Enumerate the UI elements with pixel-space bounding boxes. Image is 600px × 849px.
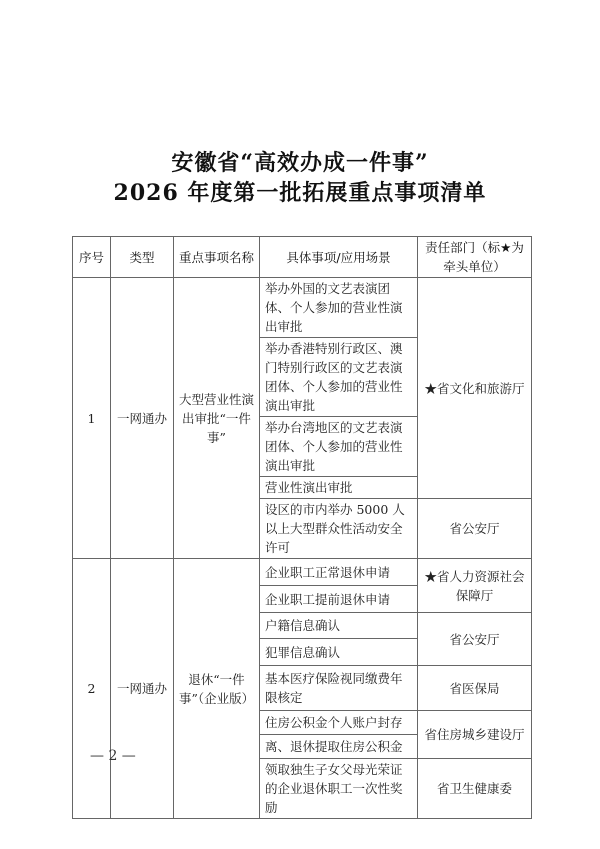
dept-cell: 省公安厅 (418, 499, 532, 559)
item-cell: 举办外国的文艺表演团体、个人参加的营业性演出审批 (260, 278, 418, 338)
item-cell: 基本医疗保险视同缴费年限核定 (260, 666, 418, 711)
row-name: 大型营业性演出审批“一件事” (174, 278, 260, 559)
item-cell: 离、退休提取住房公积金 (260, 735, 418, 759)
header-dept: 责任部门（标★为牵头单位） (418, 237, 532, 278)
row-type: 一网通办 (111, 278, 174, 559)
document-title-line2: 2026 年度第一批拓展重点事项清单 (0, 176, 600, 207)
item-cell: 举办台湾地区的文艺表演团体、个人参加的营业性演出审批 (260, 417, 418, 477)
row-no: 2 (73, 559, 111, 819)
dept-cell: 省公安厅 (418, 613, 532, 666)
table-header-row: 序号 类型 重点事项名称 具体事项/应用场景 责任部门（标★为牵头单位） (73, 237, 532, 278)
item-cell: 设区的市内举办 5000 人以上大型群众性活动安全许可 (260, 499, 418, 559)
dept-cell: 省医保局 (418, 666, 532, 711)
page-number: — 2 — (90, 748, 136, 764)
header-no: 序号 (73, 237, 111, 278)
item-cell: 住房公积金个人账户封存 (260, 711, 418, 735)
dept-cell: 省住房城乡建设厅 (418, 711, 532, 759)
row-no: 1 (73, 278, 111, 559)
dept-cell: 省卫生健康委 (418, 759, 532, 819)
item-cell: 户籍信息确认 (260, 613, 418, 639)
dept-cell: ★省文化和旅游厅 (418, 278, 532, 499)
row-name: 退休“一件事”（企业版） (174, 559, 260, 819)
document-title-line1: 安徽省“高效办成一件事” (0, 146, 600, 177)
item-cell: 营业性演出审批 (260, 477, 418, 499)
row-type: 一网通办 (111, 559, 174, 819)
item-cell: 企业职工提前退休申请 (260, 586, 418, 613)
header-name: 重点事项名称 (174, 237, 260, 278)
item-cell: 企业职工正常退休申请 (260, 559, 418, 586)
dept-cell: ★省人力资源社会保障厅 (418, 559, 532, 613)
item-cell: 举办香港特别行政区、澳门特别行政区的文艺表演团体、个人参加的营业性演出审批 (260, 338, 418, 417)
table-row: 1 一网通办 大型营业性演出审批“一件事” 举办外国的文艺表演团体、个人参加的营… (73, 278, 532, 338)
key-items-table: 序号 类型 重点事项名称 具体事项/应用场景 责任部门（标★为牵头单位） 1 一… (72, 236, 532, 819)
header-type: 类型 (111, 237, 174, 278)
table-row: 2 一网通办 退休“一件事”（企业版） 企业职工正常退休申请 ★省人力资源社会保… (73, 559, 532, 586)
item-cell: 领取独生子女父母光荣证的企业退休职工一次性奖励 (260, 759, 418, 819)
header-items: 具体事项/应用场景 (260, 237, 418, 278)
item-cell: 犯罪信息确认 (260, 639, 418, 666)
